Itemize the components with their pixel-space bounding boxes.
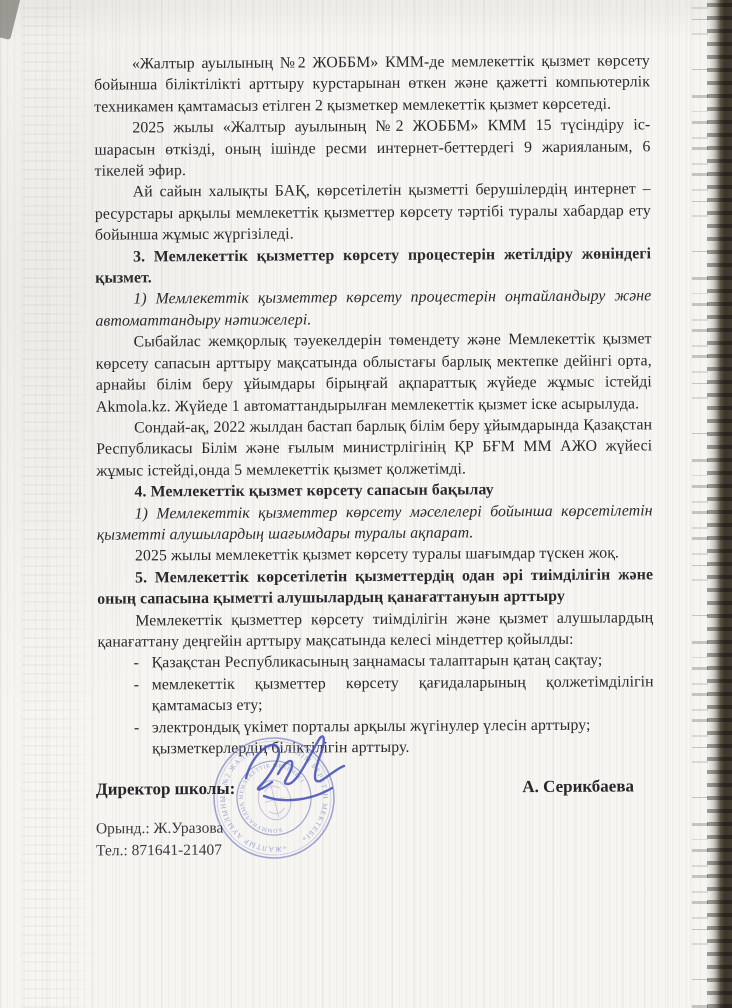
- dash-marker: [134, 738, 152, 760]
- corner-smudge: [0, 0, 21, 40]
- dash-marker: -: [134, 717, 152, 739]
- signature-row: Директор школы: А. Серикбаева: [96, 776, 652, 799]
- list-item: қызметкерлердің біліктілігін арттыру.: [98, 735, 654, 760]
- paragraph: «Жалтыр ауылының №2 ЖОББМ» КММ-де мемлек…: [94, 50, 650, 118]
- director-label: Директор школы:: [96, 779, 235, 800]
- paragraph: Мемлекеттік қызметтер көрсету тиімділігі…: [97, 607, 653, 653]
- scanned-document-page: «Жалтыр ауылының №2 ЖОББМ» КММ-де мемлек…: [0, 0, 732, 1008]
- dash-marker: -: [134, 653, 152, 675]
- list-item-text: мемлекеттік қызметтер көрсету қағидалары…: [152, 671, 654, 717]
- document-body: «Жалтыр ауылының №2 ЖОББМ» КММ-де мемлек…: [94, 50, 654, 760]
- executor-block: Орынд.: Ж.Уразова Тел.: 871641-21407: [96, 818, 224, 863]
- executor-line: Орынд.: Ж.Уразова: [96, 818, 224, 841]
- paragraph: Ай сайын халықты БАҚ, көрсетілетін қызме…: [95, 179, 651, 247]
- list-item-text: электрондық үкімет порталы арқылы жүгіну…: [152, 714, 654, 738]
- list-item: - мемлекеттік қызметтер көрсету қағидала…: [98, 671, 654, 717]
- paragraph: Сыбайлас жемқорлық тәуекелдерін төмендет…: [96, 329, 653, 418]
- list-item-text: қызметкерлердің біліктілігін арттыру.: [152, 735, 654, 759]
- section-heading-5: 5. Мемлекеттік көрсетілетін қызметтердің…: [97, 564, 653, 610]
- left-scan-marks: [22, 0, 100, 1008]
- subsection-italic: 1) Мемлекеттік қызметтер көрсету процест…: [95, 286, 651, 332]
- paragraph: 2025 жылы мемлекеттік қызмет көрсету тур…: [97, 543, 653, 568]
- scan-edge-shadow: [707, 0, 732, 1008]
- paragraph: Сондай-ақ, 2022 жылдан бастап барлық біл…: [96, 414, 652, 482]
- director-name: А. Серикбаева: [522, 776, 634, 797]
- phone-line: Тел.: 871641-21407: [96, 840, 224, 863]
- list-item-text: Қазақстан Республикасының заңнамасы тала…: [152, 650, 654, 674]
- subsection-italic: 1) Мемлекеттік қызметтер көрсету мәселел…: [97, 500, 653, 546]
- edge-speckle-marks: [692, 0, 708, 1008]
- paragraph: 2025 жылы «Жалтыр ауылының №2 ЖОББМ» КММ…: [94, 115, 650, 183]
- section-heading-3: 3. Мемлекеттік қызметтер көрсету процест…: [95, 243, 651, 289]
- dash-marker: -: [134, 674, 152, 717]
